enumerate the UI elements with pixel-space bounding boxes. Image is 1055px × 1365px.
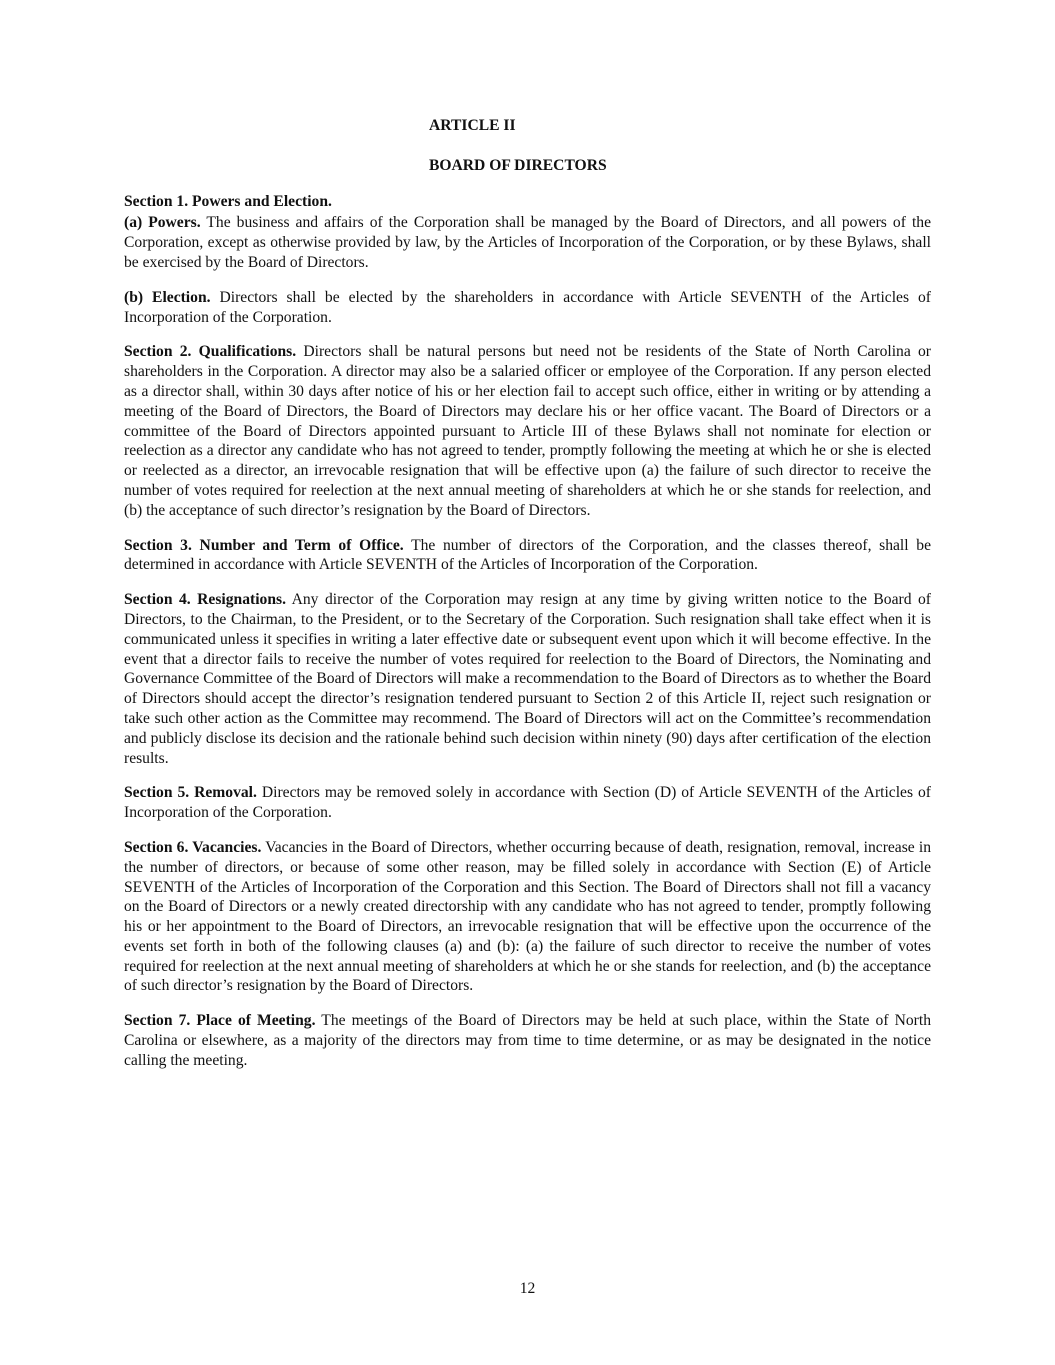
section-1a-label: (a) Powers.: [124, 214, 201, 231]
section-2-paragraph: Section 2. Qualifications. Directors sha…: [124, 342, 931, 520]
document-page: ARTICLE II BOARD OF DIRECTORS Section 1.…: [124, 116, 931, 1086]
section-5-label: Section 5. Removal.: [124, 784, 257, 801]
section-4-text: Any director of the Corporation may resi…: [124, 591, 931, 766]
section-2-text: Directors shall be natural persons but n…: [124, 343, 931, 518]
article-title: ARTICLE II: [124, 116, 931, 136]
section-1b-label: (b) Election.: [124, 289, 211, 306]
section-7-label: Section 7. Place of Meeting.: [124, 1012, 316, 1029]
page-number: 12: [0, 1279, 1055, 1299]
section-1-title: Section 1. Powers and Election.: [124, 192, 931, 212]
section-1a-paragraph: (a) Powers. The business and affairs of …: [124, 213, 931, 272]
section-7-paragraph: Section 7. Place of Meeting. The meeting…: [124, 1011, 931, 1070]
section-4-label: Section 4. Resignations.: [124, 591, 286, 608]
section-3-label: Section 3. Number and Term of Office.: [124, 537, 404, 554]
section-4-paragraph: Section 4. Resignations. Any director of…: [124, 590, 931, 768]
article-subtitle: BOARD OF DIRECTORS: [124, 156, 931, 176]
section-1a-text: The business and affairs of the Corporat…: [124, 214, 931, 271]
section-6-paragraph: Section 6. Vacancies. Vacancies in the B…: [124, 838, 931, 996]
section-6-text: Vacancies in the Board of Directors, whe…: [124, 839, 931, 995]
section-6-label: Section 6. Vacancies.: [124, 839, 261, 856]
section-1b-paragraph: (b) Election. Directors shall be elected…: [124, 288, 931, 328]
section-1b-text: Directors shall be elected by the shareh…: [124, 289, 931, 326]
section-2-label: Section 2. Qualifications.: [124, 343, 296, 360]
section-3-paragraph: Section 3. Number and Term of Office. Th…: [124, 536, 931, 576]
section-5-paragraph: Section 5. Removal. Directors may be rem…: [124, 783, 931, 823]
